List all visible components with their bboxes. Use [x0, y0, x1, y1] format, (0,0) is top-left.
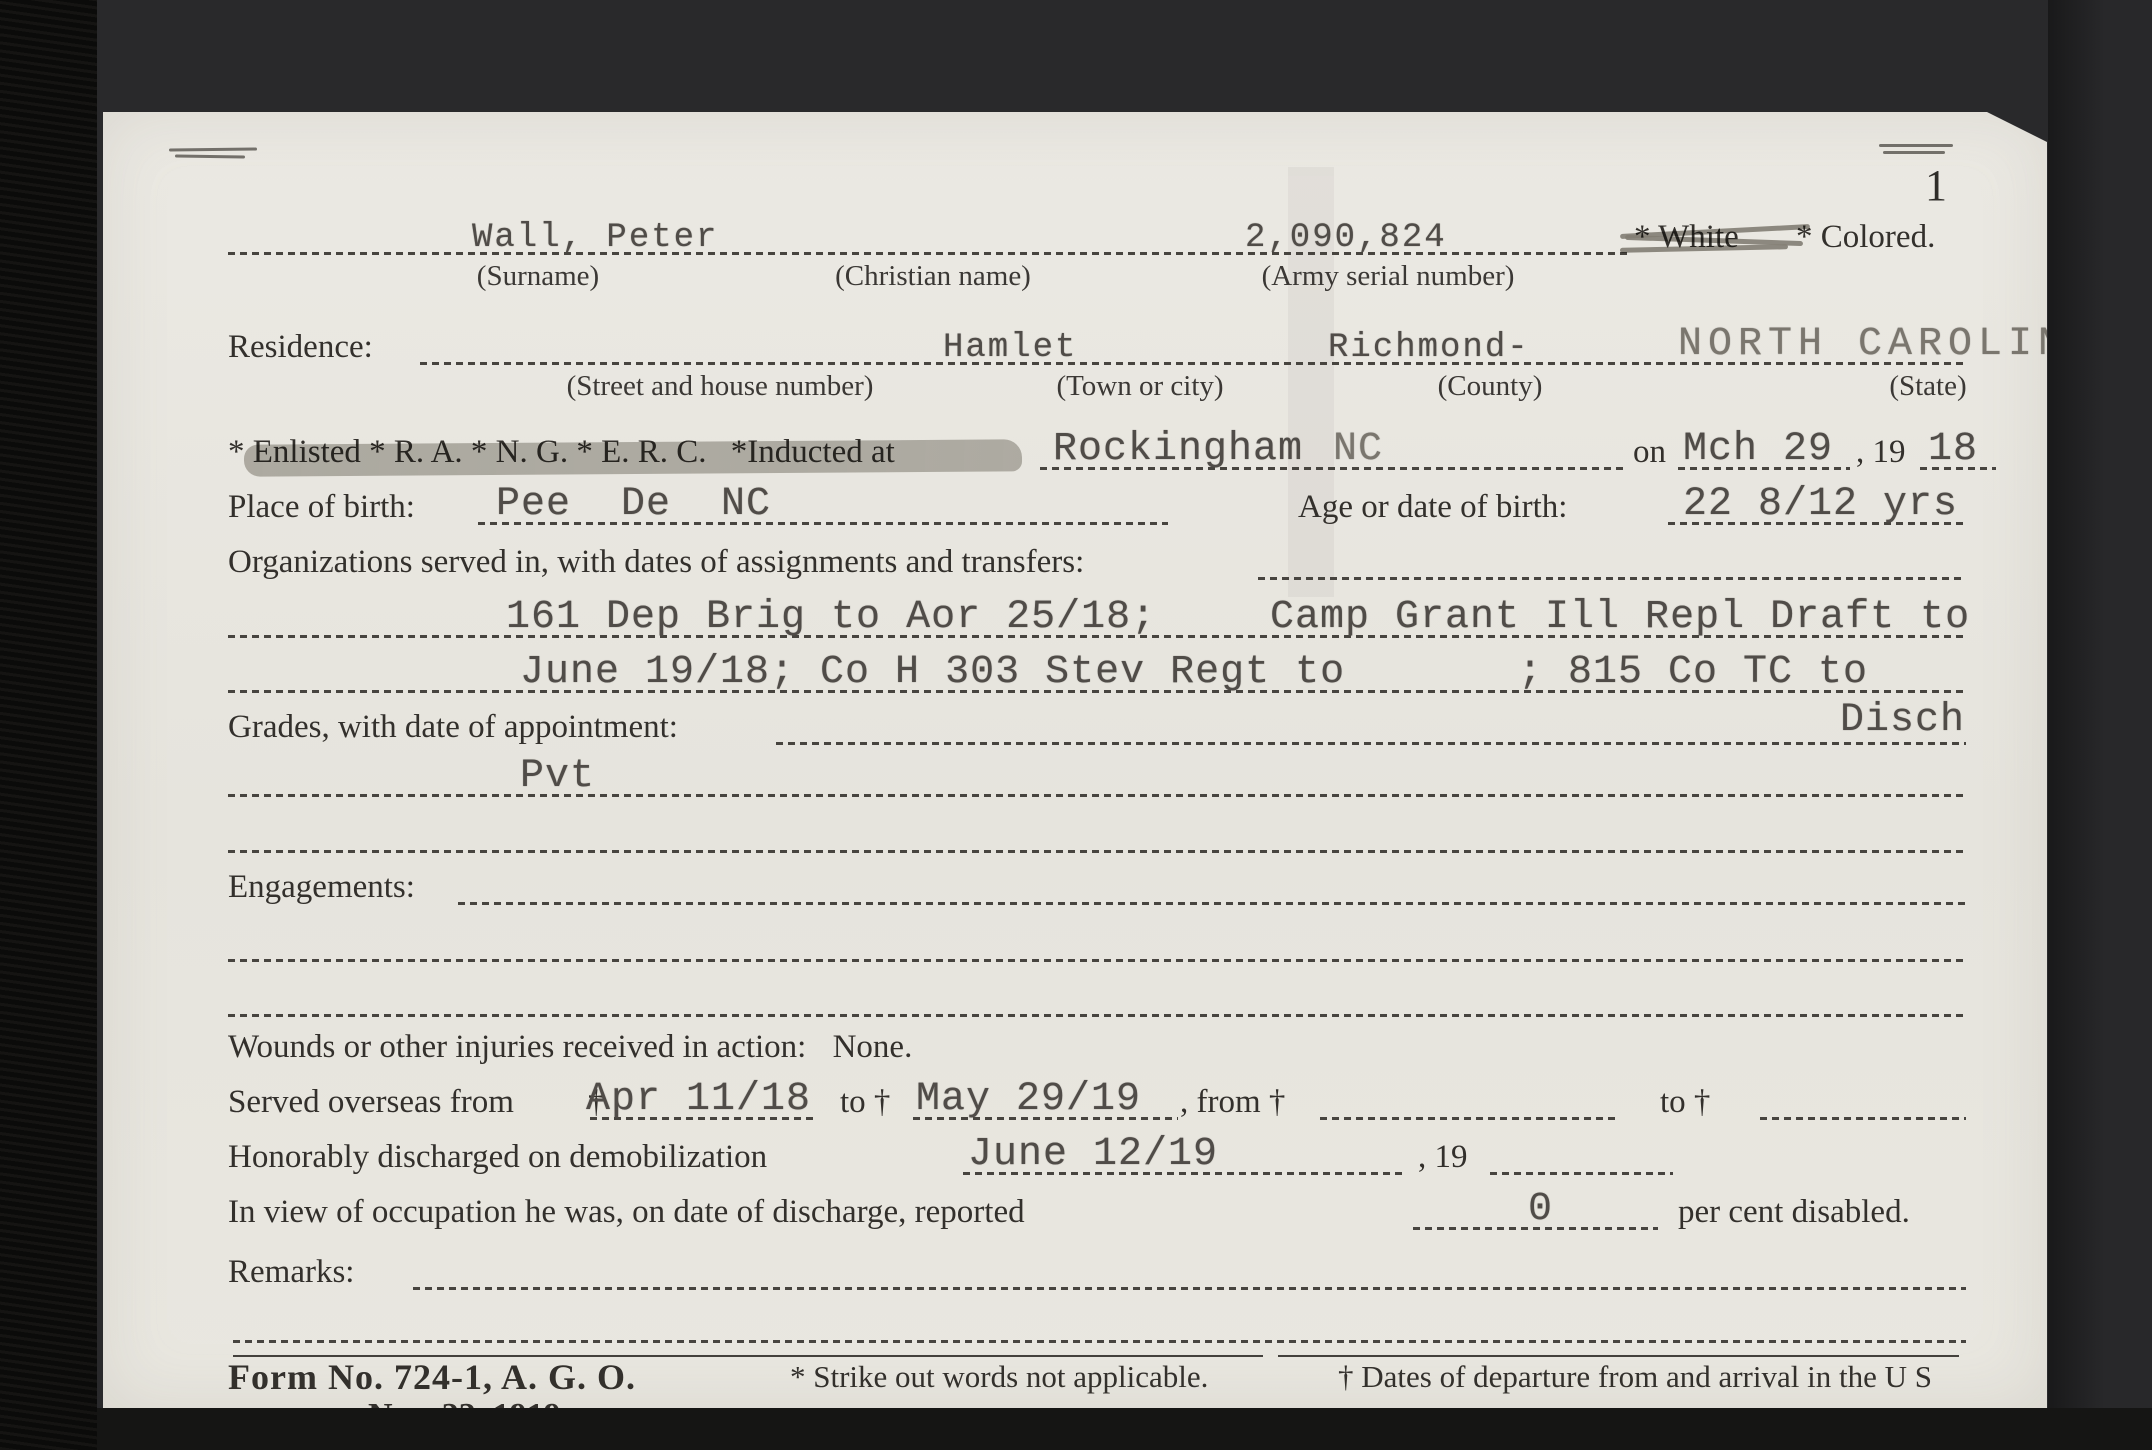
overseas-from1-value: Apr 11/18	[586, 1077, 811, 1122]
form-row-blank	[228, 809, 1966, 861]
page-number: 1	[1925, 160, 1947, 211]
form-row-footer: Form No. 724-1, A. G. O. * Strike out wo…	[228, 1351, 1966, 1403]
overseas-to1-label: to †	[840, 1076, 890, 1128]
dotted-line	[413, 1287, 1966, 1290]
army-serial-number-label: (Army serial number)	[1262, 260, 1515, 293]
overseas-to1-value: May 29/19	[916, 1077, 1141, 1122]
disability-percent-value: 0	[1528, 1187, 1553, 1232]
pencil-mark	[1879, 144, 1957, 156]
dotted-line	[458, 902, 1966, 905]
overseas-from2-label: , from †	[1180, 1076, 1285, 1128]
induction-year-value: 18	[1928, 427, 1978, 472]
form-row-wounds: Wounds or other injuries received in act…	[228, 1021, 1966, 1073]
dotted-line	[1258, 577, 1966, 580]
surname-label: (Surname)	[477, 260, 599, 293]
dotted-line	[228, 850, 1966, 853]
inducted-state-value: NC	[1333, 427, 1383, 472]
form-row-organizations-1: 161 Dep Brig to Aor 25/18; Camp Grant Il…	[228, 594, 1966, 646]
form-row-discharge: Honorably discharged on demobilization J…	[228, 1131, 1966, 1183]
remarks-label: Remarks:	[228, 1254, 354, 1290]
christian-name-label: (Christian name)	[835, 260, 1031, 293]
disability-label: In view of occupation he was, on date of…	[228, 1194, 1025, 1230]
served-overseas-label: Served overseas from	[228, 1084, 514, 1120]
form-row-name-labels: (Surname) (Christian name) (Army serial …	[228, 249, 1966, 301]
dagger-note: † Dates of departure from and arrival in…	[1338, 1351, 1932, 1403]
wounds-label: Wounds or other injuries received in act…	[228, 1029, 806, 1065]
form-row-remarks: Remarks:	[228, 1246, 1966, 1298]
dotted-line	[1760, 1117, 1966, 1120]
form-row-disability: In view of occupation he was, on date of…	[228, 1186, 1966, 1238]
dotted-line	[228, 1014, 1966, 1017]
grades-label: Grades, with date of appointment:	[228, 709, 678, 745]
town-label: (Town or city)	[1056, 370, 1223, 403]
form-row-blank	[228, 918, 1966, 970]
form-row-overseas: Served overseas from † Apr 11/18 to † Ma…	[228, 1076, 1966, 1128]
percent-disabled-label: per cent disabled.	[1678, 1186, 1910, 1238]
strike-out-note: * Strike out words not applicable.	[790, 1351, 1208, 1403]
place-of-birth-label: Place of birth:	[228, 489, 415, 525]
discharge-year-label: , 19	[1418, 1131, 1468, 1183]
dotted-line	[776, 742, 1966, 745]
form-row-organizations-label: Organizations served in, with dates of a…	[228, 536, 1966, 588]
organizations-label: Organizations served in, with dates of a…	[228, 544, 1084, 580]
form-row-organizations-2: June 19/18; Co H 303 Stev Regt to ; 815 …	[228, 649, 1966, 701]
place-of-birth-value: Pee De NC	[496, 482, 771, 527]
organizations-line2-left-value: June 19/18; Co H 303 Stev Regt to	[520, 650, 1345, 695]
county-label: (County)	[1438, 370, 1543, 403]
form-number-label: Form No. 724-1, A. G. O.	[228, 1357, 636, 1397]
form-row-grade-value: Pvt	[228, 753, 1966, 805]
on-label: on	[1633, 426, 1666, 478]
inducted-place-value: Rockingham	[1053, 427, 1303, 472]
form-row-grades: Grades, with date of appointment: Disch	[228, 701, 1966, 753]
form-row-birth: Place of birth: Pee De NC Age or date of…	[228, 481, 1966, 533]
age-value: 22 8/12 yrs	[1683, 482, 1958, 527]
scanner-background-bottom	[97, 1408, 2152, 1450]
state-label: (State)	[1889, 370, 1966, 403]
induction-date-value: Mch 29	[1683, 427, 1833, 472]
form-row-enlistment: * Enlisted * R. A. * N. G. * E. R. C. *I…	[228, 426, 1966, 478]
overseas-to2-label: to †	[1660, 1076, 1710, 1128]
dotted-line	[228, 794, 1966, 797]
engagements-label: Engagements:	[228, 869, 415, 905]
grade-value: Pvt	[520, 754, 595, 799]
dotted-line	[228, 959, 1966, 962]
street-label: (Street and house number)	[567, 370, 874, 403]
pencil-mark	[169, 148, 259, 160]
scanner-background-right	[2048, 0, 2152, 1450]
organizations-line2-right-value: ; 815 Co TC to	[1518, 650, 1868, 695]
film-edge-strip	[0, 0, 97, 1450]
year-19-label: , 19	[1856, 426, 1906, 478]
form-row-blank	[228, 973, 1966, 1025]
discharge-date-value: June 12/19	[968, 1132, 1218, 1177]
dotted-line	[1320, 1117, 1620, 1120]
organizations-line1-right-value: Camp Grant Ill Repl Draft to	[1270, 595, 1970, 640]
age-label: Age or date of birth:	[1298, 481, 1567, 533]
service-record-card: 1 Wall, Peter 2,090,824 * White * Colore…	[103, 112, 2047, 1408]
form-date-label: Nov. 22, 1919	[368, 1397, 561, 1408]
dotted-line	[233, 1340, 1966, 1343]
form-row-engagements: Engagements:	[228, 861, 1966, 913]
form-row-residence-labels: (Street and house number) (Town or city)…	[228, 359, 1966, 411]
organizations-line1-left-value: 161 Dep Brig to Aor 25/18;	[506, 595, 1156, 640]
discharged-label: Honorably discharged on demobilization	[228, 1139, 767, 1175]
strikethrough-scribble-enlisted	[244, 439, 1022, 476]
form-row-rule	[228, 1299, 1966, 1351]
wounds-value: None.	[833, 1029, 913, 1065]
dotted-line	[1490, 1172, 1673, 1175]
discharge-note-value: Disch	[1840, 698, 1965, 743]
